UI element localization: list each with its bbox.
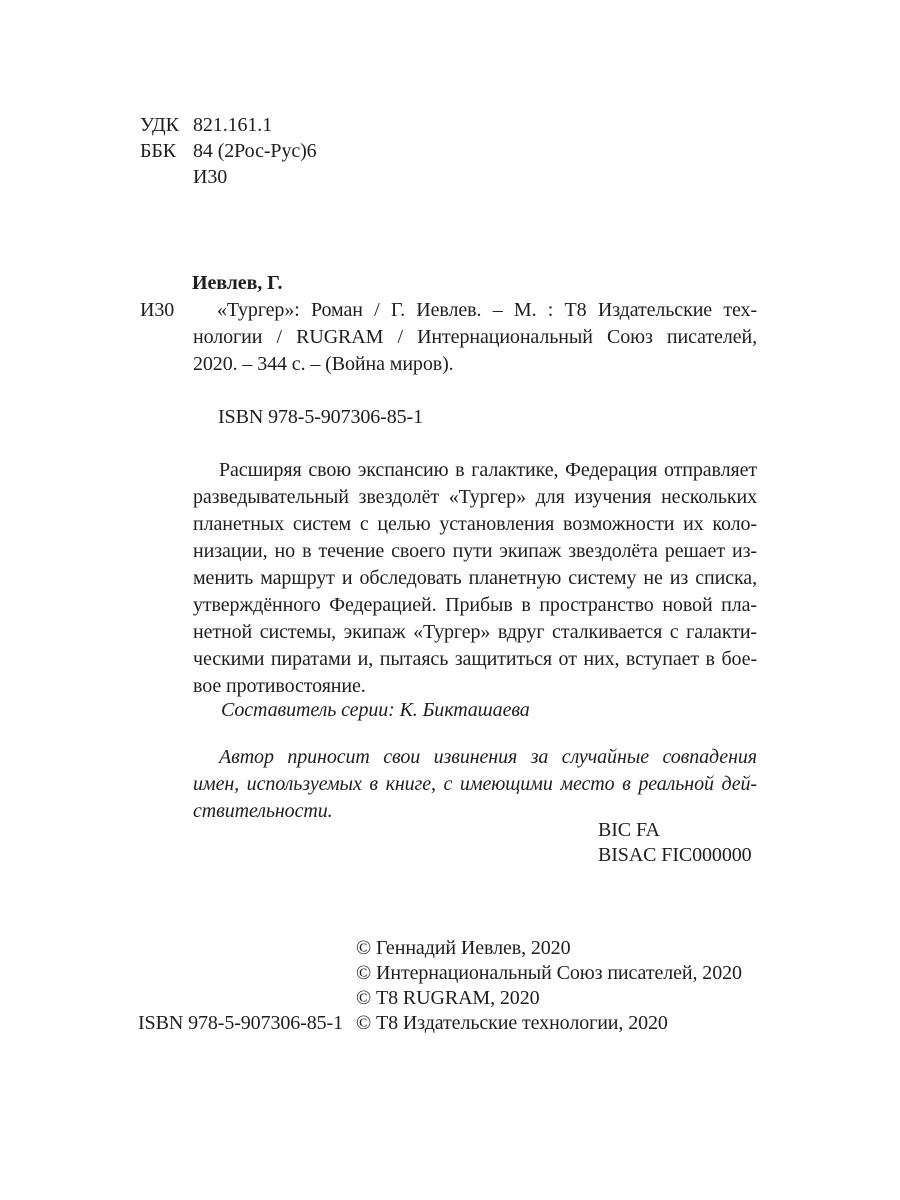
udk-row: УДК 821.161.1	[140, 112, 317, 138]
classification-block: УДК 821.161.1 ББК 84 (2Рос-Рус)6 И30	[140, 112, 317, 190]
text-line: низации, но в течение своего пути экипаж…	[193, 538, 757, 565]
text-line: © Т8 RUGRAM, 2020	[356, 986, 742, 1011]
copyright-list: © Геннадий Иевлев, 2020© Интернациональн…	[356, 936, 742, 1036]
text-line: менить маршрут и обследовать планетную с…	[193, 565, 757, 592]
udk-value: 821.161.1	[193, 112, 272, 138]
text-line: вое противостояние.	[193, 673, 757, 700]
text-line: нологии / RUGRAM / Интернациональный Сою…	[193, 324, 757, 351]
bbk-label: ББК	[140, 138, 193, 164]
bbk-row: ББК 84 (2Рос-Рус)6	[140, 138, 317, 164]
author-sign-spacer	[140, 164, 193, 190]
text-line: © Интернациональный Союз писателей, 2020	[356, 961, 742, 986]
text-line: © Т8 Издательские технологии, 2020	[356, 1011, 742, 1036]
trade-codes-block: BIC FA BISAC FIC000000	[598, 818, 752, 868]
bic-code: BIC FA	[598, 818, 752, 843]
bbk-value: 84 (2Рос-Рус)6	[193, 138, 317, 164]
text-line: утверждённого Федерацией. Прибыв в прост…	[193, 592, 757, 619]
catalog-card-author: Иевлев, Г.	[192, 270, 282, 297]
text-line: Расширяя свою экспансию в галактике, Фед…	[193, 457, 757, 484]
catalog-card-description: «Тургер»: Роман / Г. Иевлев. – М. : Т8 И…	[193, 297, 757, 378]
author-sign-row: И30	[140, 164, 317, 190]
book-imprint-page: УДК 821.161.1 ББК 84 (2Рос-Рус)6 И30 Иев…	[0, 0, 900, 1200]
text-line: «Тургер»: Роман / Г. Иевлев. – М. : Т8 И…	[193, 297, 757, 324]
isbn-top: ISBN 978-5-907306-85-1	[218, 404, 423, 431]
text-line: планетных систем с целью установления во…	[193, 511, 757, 538]
text-line: ческими пиратами и, пытаясь защититься о…	[193, 646, 757, 673]
text-line: разведывательный звездолёт «Тургер» для …	[193, 484, 757, 511]
text-line: имен, используемых в книге, с имеющими м…	[193, 771, 757, 798]
text-line: © Геннадий Иевлев, 2020	[356, 936, 742, 961]
author-sign-value: И30	[193, 164, 227, 190]
annotation-paragraph: Расширяя свою экспансию в галактике, Фед…	[193, 457, 757, 700]
author-disclaimer-paragraph: Автор приносит свои извинения за случайн…	[193, 744, 757, 825]
text-line: Автор приносит свои извинения за случайн…	[193, 744, 757, 771]
isbn-bottom: ISBN 978-5-907306-85-1	[138, 1011, 343, 1036]
catalog-card-index: И30	[140, 297, 174, 324]
bisac-code: BISAC FIC000000	[598, 843, 752, 868]
text-line: нетной системы, экипаж «Тургер» вдруг ст…	[193, 619, 757, 646]
udk-label: УДК	[140, 112, 193, 138]
series-compiler-note: Составитель серии: К. Бикташаева	[221, 697, 530, 724]
text-line: 2020. – 344 с. – (Война миров).	[193, 351, 757, 378]
